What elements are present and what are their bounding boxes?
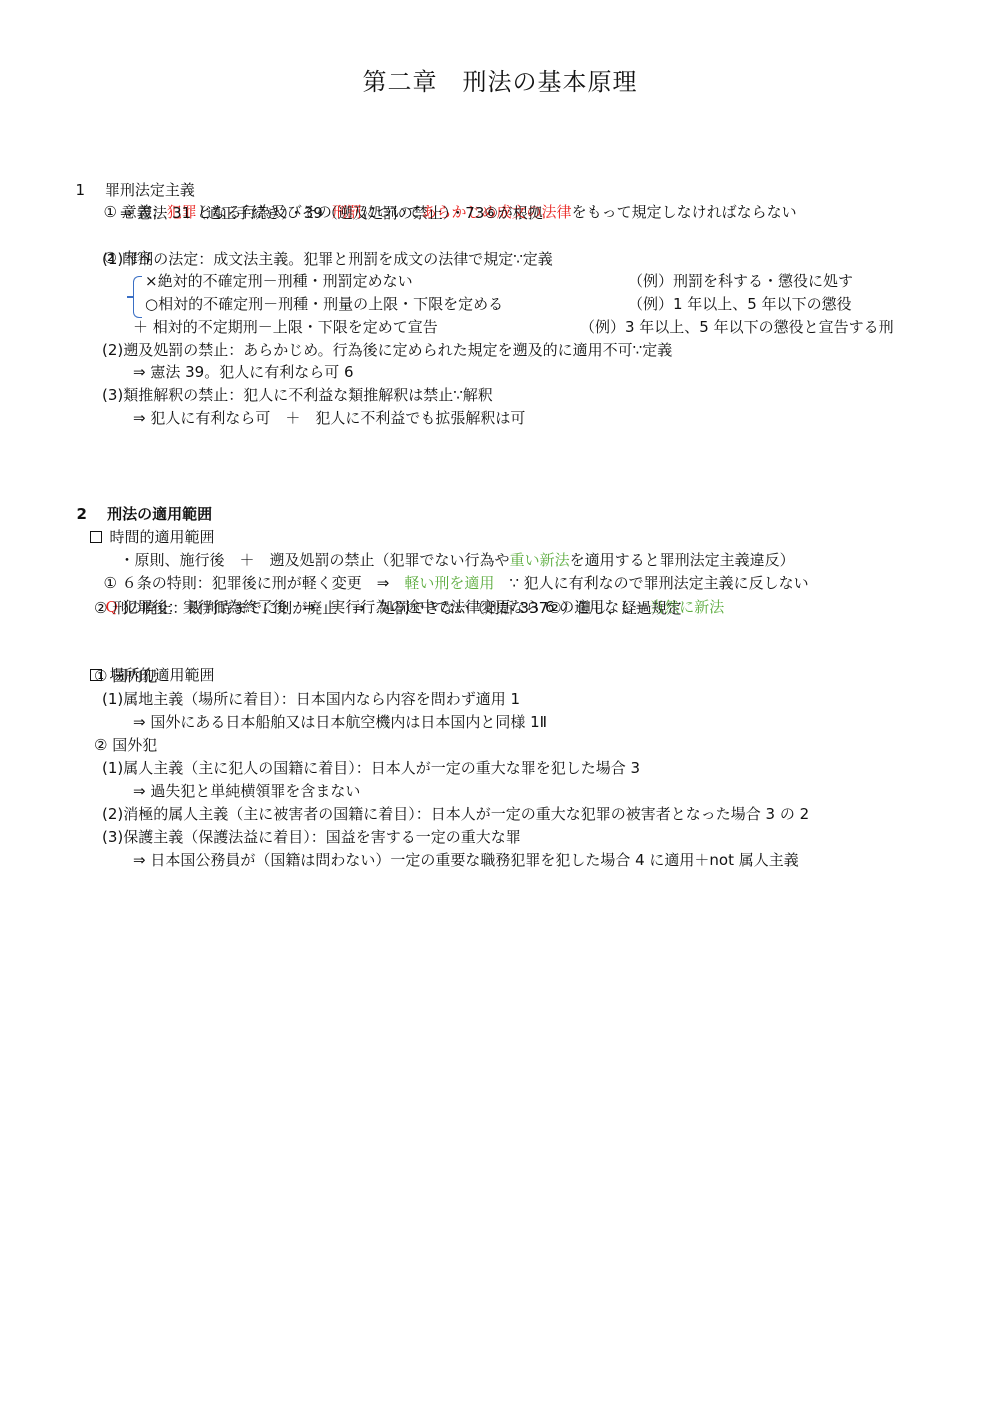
territorial-note: ⇒ 国外にある日本船舶又は日本航空機内は日本国内と同様 1Ⅱ: [133, 711, 547, 733]
section-number: 1: [76, 181, 86, 199]
meaning-basis: ⇒ 憲法 31（適正手続き）・39（遡及処罰の禁止）・73⑥が根拠: [120, 202, 543, 224]
temporal-rule-2: ② 刑の廃止：裁判時までに刑が廃止 ⇒ 処罰できない（刑訴 337②）但し、経過…: [94, 597, 682, 619]
active-personality-note: ⇒ 過失犯と単純横領罪を含まない: [133, 780, 360, 802]
page-title: 第二章 刑法の基本原理: [0, 62, 1000, 97]
foreign-heading: ② 国外犯: [94, 734, 157, 756]
note-analogy: ⇒ 犯人に有利なら可 ＋ 犯人に不利益でも拡張解釈は可: [133, 407, 525, 429]
active-personality: (1)属人主義（主に犯人の国籍に着目）：日本人が一定の重大な罪を犯した場合 3: [102, 757, 640, 779]
note-ex-post-facto: ⇒ 憲法 39。犯人に有利なら可 6: [133, 361, 354, 383]
item-legal-definition: (1)罪刑の法定：成文法主義。犯罪と刑罰を成文の法律で規定∵定義: [102, 248, 553, 270]
protective-note: ⇒ 日本国公務員が（国籍は問わない）一定の重要な職務犯罪を犯した場合 4 に適用…: [133, 849, 799, 871]
item-ex-post-facto: (2)遡及処罰の禁止：あらかじめ。行為後に定められた規定を遡及的に適用不可∵定義: [102, 339, 672, 361]
example-absolute: （例）刑罰を科する・懲役に処す: [628, 270, 853, 292]
bracket-decoration: [133, 276, 142, 318]
domestic-heading: ① 国内犯: [94, 665, 157, 687]
sub-relative-indeterminate: ○相対的不確定刑－刑種・刑量の上限・下限を定める: [145, 293, 503, 315]
example-indefinite: （例）3 年以上、5 年以下の懲役と宣告する刑: [580, 316, 894, 338]
checkbox-icon: [90, 531, 102, 543]
item-analogy: (3)類推解釈の禁止：犯人に不利益な類推解釈は禁止∵解釈: [102, 384, 493, 406]
passive-personality: (2)消極的属人主義（主に被害者の国籍に着目）：日本人が一定の重大な犯罪の被害者…: [102, 803, 809, 825]
territorial-principle: (1)属地主義（場所に着目）：日本国内なら内容を問わず適用 1: [102, 688, 520, 710]
sub-absolute-indeterminate: ×絶対的不確定刑－刑種・刑罰定めない: [145, 270, 413, 292]
example-relative: （例）1 年以上、5 年以下の懲役: [628, 293, 852, 315]
sub-relative-indefinite: ＋ 相対的不定期刑－上限・下限を定めて宣告: [133, 316, 438, 338]
protective-principle: (3)保護主義（保護法益に着目）：国益を害する一定の重大な罪: [102, 826, 521, 848]
